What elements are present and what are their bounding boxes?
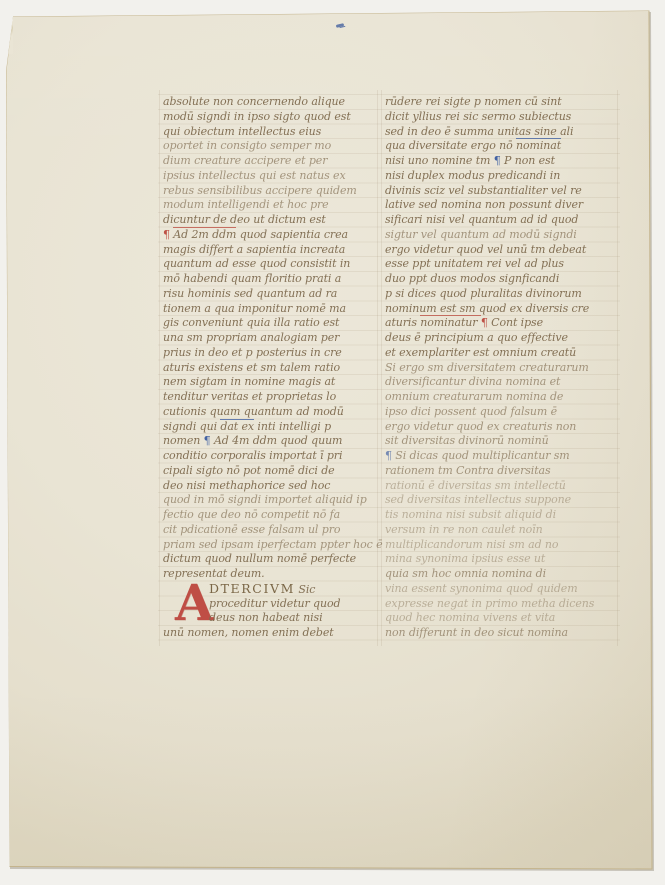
- left-column-lines: absolute non concernendo aliquemodū sign…: [163, 95, 377, 582]
- text-segment: quod in mō signdi importet aliquid ip: [163, 493, 367, 506]
- text-line: fectio que deo nō competit nō fa: [163, 508, 377, 523]
- text-line: prius in deo et p posterius in cre: [163, 346, 377, 361]
- text-segment: quia sm hoc omnia nomina di: [385, 567, 546, 580]
- text-segment: expresse negat in primo metha dicens: [385, 597, 594, 610]
- ad-tercium-heading: A DTERCIVM Sicproceditur videtur quoddeu…: [163, 582, 377, 626]
- text-line: Si ergo sm diversitatem creaturarum: [385, 361, 617, 376]
- vertical-rule: [617, 90, 618, 646]
- text-segment: quod hec nomina vivens et vita: [385, 611, 555, 624]
- text-line: deus ē principium a quo effective: [385, 331, 617, 346]
- text-line: magis differt a sapientia increata: [163, 243, 377, 258]
- text-line: divinis sciz vel substantialiter vel re: [385, 184, 617, 199]
- text-segment: mō habendi quam floritio prati a: [163, 272, 341, 285]
- text-line: nem sigtam in nomine magis at: [163, 375, 377, 390]
- text-segment: sigtur vel quantum ad modū signdi: [385, 228, 577, 241]
- text-segment: signdi qui: [163, 420, 220, 433]
- text-segment: dictum quod nullum nomē perfecte: [163, 552, 356, 565]
- text-segment: diversificantur divina nomina et: [385, 375, 560, 388]
- text-segment: omnium creaturarum nomina de: [385, 390, 563, 403]
- text-line: aturis existens et sm talem ratio: [163, 361, 377, 376]
- text-segment: deus non habeat nisi: [209, 611, 323, 624]
- text-line: ¶ Ad 2m ddm quod sapientia crea: [163, 228, 377, 243]
- text-segment: qui obiectum intellectus eius: [163, 125, 321, 138]
- text-line: risu hominis sed quantum ad ra: [163, 287, 377, 302]
- text-segment: DTERCIVM: [209, 581, 295, 596]
- text-segment: cutionis quam quantum ad modū: [163, 405, 344, 418]
- text-line: qua diversitate ergo nō nominat: [385, 139, 617, 154]
- text-segment: nisi duplex modus predicandi in: [385, 169, 560, 182]
- text-line: una sm propriam analogiam per: [163, 331, 377, 346]
- corner-fold: [0, 0, 22, 62]
- text-segment: absolute non concernendo alique: [163, 95, 345, 108]
- text-line: et exemplariter est omnium creatū: [385, 346, 617, 361]
- text-line: omnium creaturarum nomina de: [385, 390, 617, 405]
- text-segment: magis differt a sapientia increata: [163, 243, 345, 256]
- heading-lines: DTERCIVM Sicproceditur videtur quoddeus …: [209, 582, 377, 626]
- text-line: priam sed ipsam iperfectam ppter hoc ē: [163, 538, 377, 553]
- text-line: sificari nisi vel quantum ad id quod: [385, 213, 617, 228]
- text-line: mō habendi quam floritio prati a: [163, 272, 377, 287]
- text-segment: quod sapientia crea: [236, 228, 348, 241]
- text-line: proceditur videtur quod: [209, 597, 377, 612]
- text-segment: esse ppt unitatem rei vel ad plus: [385, 257, 564, 270]
- text-line: tis nomina nisi subsit aliquid di: [385, 508, 617, 523]
- text-segment: vina essent synonima quod quidem: [385, 582, 578, 595]
- text-segment: unū nomen, nomen enim debet: [163, 626, 334, 639]
- text-segment: P non est: [504, 154, 555, 167]
- text-line: tionem a qua imponitur nomē ma: [163, 302, 377, 317]
- text-segment: dat ex: [220, 419, 254, 433]
- text-segment: modum intelligendi et hoc pre: [163, 198, 329, 211]
- text-segment: rationem tm Contra diversitas: [385, 464, 551, 477]
- pilcrow-mark: ¶: [494, 154, 504, 167]
- text-segment: ergo videtur quod vel unū tm debeat: [385, 243, 586, 256]
- text-line: nisi uno nomine tm ¶ P non est: [385, 154, 617, 169]
- text-line: deus non habeat nisi: [209, 611, 377, 626]
- text-line: nomen ¶ Ad 4m ddm quod quum: [163, 434, 377, 449]
- text-line: ergo videtur quod vel unū tm debeat: [385, 243, 617, 258]
- text-segment: versum in re non caulet noīn: [385, 523, 543, 536]
- text-line: sit diversitas divinorū nominū: [385, 434, 617, 449]
- right-text-column: rūdere rei sigte p nomen cū sintdicit yl…: [385, 95, 617, 641]
- text-line: tenditur veritas et proprietas lo: [163, 390, 377, 405]
- text-line: dium creature accipere et per: [163, 154, 377, 169]
- text-line: rebus sensibilibus accipere quidem: [163, 184, 377, 199]
- text-segment: Ad 4m ddm quod quum: [214, 434, 342, 447]
- text-segment: quantum ad esse quod consistit in: [163, 257, 350, 270]
- text-line: nominum est sm quod ex diversis cre: [385, 302, 617, 317]
- text-segment: cit pdicationē esse falsam ul pro: [163, 523, 340, 536]
- text-line: rūdere rei sigte p nomen cū sint: [385, 95, 617, 110]
- text-segment: rebus sensibilibus accipere quidem: [163, 184, 357, 197]
- text-line: expresse negat in primo metha dicens: [385, 597, 617, 612]
- text-segment: lative sed nomina non possunt diver: [385, 198, 583, 211]
- text-line: ¶ Si dicas quod multiplicantur sm: [385, 449, 617, 464]
- text-segment: sit diversitas divinorū nominū: [385, 434, 549, 447]
- right-column-lines: rūdere rei sigte p nomen cū sintdicit yl…: [385, 95, 617, 641]
- text-segment: nominum est sm quod ex diversis cre: [385, 302, 589, 315]
- text-line: oportet in consigto semper mo: [163, 139, 377, 154]
- text-line: cit pdicationē esse falsam ul pro: [163, 523, 377, 538]
- text-line: versum in re non caulet noīn: [385, 523, 617, 538]
- text-line: rationem tm Contra diversitas: [385, 464, 617, 479]
- text-line: aturis nominatur ¶ Cont ipse: [385, 316, 617, 331]
- text-line: quantum ad esse quod consistit in: [163, 257, 377, 272]
- text-segment: multiplicandorum nisi sm ad no: [385, 538, 558, 551]
- text-segment: p si dices quod pluralitas divinorum: [385, 287, 582, 300]
- text-line: modum intelligendi et hoc pre: [163, 198, 377, 213]
- pilcrow-mark: ¶: [204, 434, 214, 447]
- text-line: quia sm hoc omnia nomina di: [385, 567, 617, 582]
- text-line: unū nomen, nomen enim debet: [163, 626, 377, 641]
- text-segment: gis conveniunt quia illa ratio est: [163, 316, 339, 329]
- text-segment: tis nomina nisi subsit aliquid di: [385, 508, 556, 521]
- text-segment: rationū ē diversitas sm intellectū: [385, 479, 566, 492]
- text-line: sigtur vel quantum ad modū signdi: [385, 228, 617, 243]
- text-segment: dium creature accipere et per: [163, 154, 327, 167]
- text-line: p si dices quod pluralitas divinorum: [385, 287, 617, 302]
- text-segment: una sm propriam analogiam per: [163, 331, 339, 344]
- text-line: ipso dici possent quod falsum ē: [385, 405, 617, 420]
- text-line: diversificantur divina nomina et: [385, 375, 617, 390]
- text-line: sed in deo ē summa unitas sine ali: [385, 125, 617, 140]
- vertical-rule: [377, 90, 378, 646]
- text-segment: Sic: [295, 583, 315, 596]
- text-line: multiplicandorum nisi sm ad no: [385, 538, 617, 553]
- text-segment: sificari nisi vel quantum ad id quod: [385, 213, 578, 226]
- text-line: absolute non concernendo alique: [163, 95, 377, 110]
- text-line: dicit yllius rei sic sermo subiectus: [385, 110, 617, 125]
- decorated-initial-a: A: [175, 581, 214, 625]
- text-segment: divinis sciz vel substantialiter vel re: [385, 184, 582, 197]
- text-segment: Ad 2m ddm: [173, 227, 236, 241]
- text-line: esse ppt unitatem rei vel ad plus: [385, 257, 617, 272]
- text-segment: Si dicas quod multiplicantur sm: [395, 449, 569, 462]
- text-line: DTERCIVM Sic: [209, 582, 377, 597]
- text-line: non differunt in deo sicut nomina: [385, 626, 617, 641]
- text-segment: deo nisi methaphorice sed hoc: [163, 479, 330, 492]
- text-segment: dicit yllius rei sic sermo subiectus: [385, 110, 571, 123]
- text-line: cipali sigto nō pot nomē dici de: [163, 464, 377, 479]
- text-segment: deus ē principium a quo effective: [385, 331, 568, 344]
- left-text-column: absolute non concernendo aliquemodū sign…: [163, 95, 377, 641]
- text-segment: non differunt in deo sicut nomina: [385, 626, 568, 639]
- text-line: gis conveniunt quia illa ratio est: [163, 316, 377, 331]
- text-segment: conditio corporalis importat ī pri: [163, 449, 342, 462]
- text-segment: ipso dici possent quod falsum ē: [385, 405, 557, 418]
- text-segment: tionem a qua imponitur nomē ma: [163, 302, 346, 315]
- left-column-tail-lines: unū nomen, nomen enim debet: [163, 626, 377, 641]
- text-line: nisi duplex modus predicandi in: [385, 169, 617, 184]
- ink-mark: [336, 23, 344, 28]
- text-segment: Cont ipse: [491, 316, 543, 329]
- vertical-rule: [159, 90, 160, 646]
- text-segment: risu hominis sed quantum ad ra: [163, 287, 337, 300]
- text-segment: sed diversitas intellectus suppone: [385, 493, 571, 506]
- text-segment: tenditur veritas et proprietas lo: [163, 390, 336, 403]
- text-line: cutionis quam quantum ad modū: [163, 405, 377, 420]
- text-segment: nominat: [516, 138, 561, 152]
- text-segment: nisi uno nomine tm: [385, 154, 494, 167]
- text-line: modū signdi in ipso sigto quod est: [163, 110, 377, 125]
- text-segment: nomen: [163, 434, 204, 447]
- text-segment: et exemplariter est omnium creatū: [385, 346, 576, 359]
- text-segment: modū signdi in ipso sigto quod est: [163, 110, 351, 123]
- text-segment: aturis: [385, 316, 420, 329]
- text-line: deo nisi methaphorice sed hoc: [163, 479, 377, 494]
- text-segment: prius in deo et p posterius in cre: [163, 346, 342, 359]
- pilcrow-mark: ¶: [163, 228, 173, 241]
- text-line: vina essent synonima quod quidem: [385, 582, 617, 597]
- text-segment: ergo videtur quod ex creaturis non: [385, 420, 576, 433]
- text-segment: mina synonima ipsius esse ut: [385, 552, 545, 565]
- text-line: duo ppt duos modos signficandi: [385, 272, 617, 287]
- text-line: rationū ē diversitas sm intellectū: [385, 479, 617, 494]
- text-segment: fectio que deo nō competit nō fa: [163, 508, 340, 521]
- text-segment: inti intelligi p: [254, 420, 331, 433]
- text-segment: duo ppt duos modos signficandi: [385, 272, 559, 285]
- text-line: dictum quod nullum nomē perfecte: [163, 552, 377, 567]
- text-segment: oportet in consigto semper mo: [163, 139, 331, 152]
- manuscript-photo: absolute non concernendo aliquemodū sign…: [0, 0, 665, 885]
- text-segment: nem sigtam in nomine magis at: [163, 375, 335, 388]
- text-segment: qua diversitate ergo nō: [385, 139, 516, 152]
- text-line: sed diversitas intellectus suppone: [385, 493, 617, 508]
- text-line: mina synonima ipsius esse ut: [385, 552, 617, 567]
- text-segment: nominatur: [420, 315, 481, 329]
- text-segment: cipali sigto nō pot nomē dici de: [163, 464, 335, 477]
- text-line: quod hec nomina vivens et vita: [385, 611, 617, 626]
- parchment-page: absolute non concernendo aliquemodū sign…: [0, 0, 665, 885]
- text-line: ergo videtur quod ex creaturis non: [385, 420, 617, 435]
- text-segment: proceditur videtur quod: [209, 597, 340, 610]
- text-segment: Si ergo sm diversitatem creaturarum: [385, 361, 589, 374]
- pilcrow-mark: ¶: [385, 449, 395, 462]
- text-line: dicuntur de deo ut dictum est: [163, 213, 377, 228]
- text-line: conditio corporalis importat ī pri: [163, 449, 377, 464]
- text-segment: rūdere rei sigte p nomen cū sint: [385, 95, 562, 108]
- text-segment: priam sed ipsam iperfectam ppter hoc ē: [163, 538, 383, 551]
- text-line: qui obiectum intellectus eius: [163, 125, 377, 140]
- pilcrow-mark: ¶: [481, 316, 491, 329]
- text-segment: aturis existens et sm talem ratio: [163, 361, 340, 374]
- text-segment: ipsius intellectus qui est natus ex: [163, 169, 346, 182]
- text-line: ipsius intellectus qui est natus ex: [163, 169, 377, 184]
- vertical-rule: [381, 90, 382, 646]
- text-line: quod in mō signdi importet aliquid ip: [163, 493, 377, 508]
- text-segment: sed in deo ē summa unitas sine ali: [385, 125, 573, 138]
- text-line: signdi qui dat ex inti intelligi p: [163, 420, 377, 435]
- text-line: lative sed nomina non possunt diver: [385, 198, 617, 213]
- text-segment: dicuntur de deo ut dictum est: [163, 213, 326, 226]
